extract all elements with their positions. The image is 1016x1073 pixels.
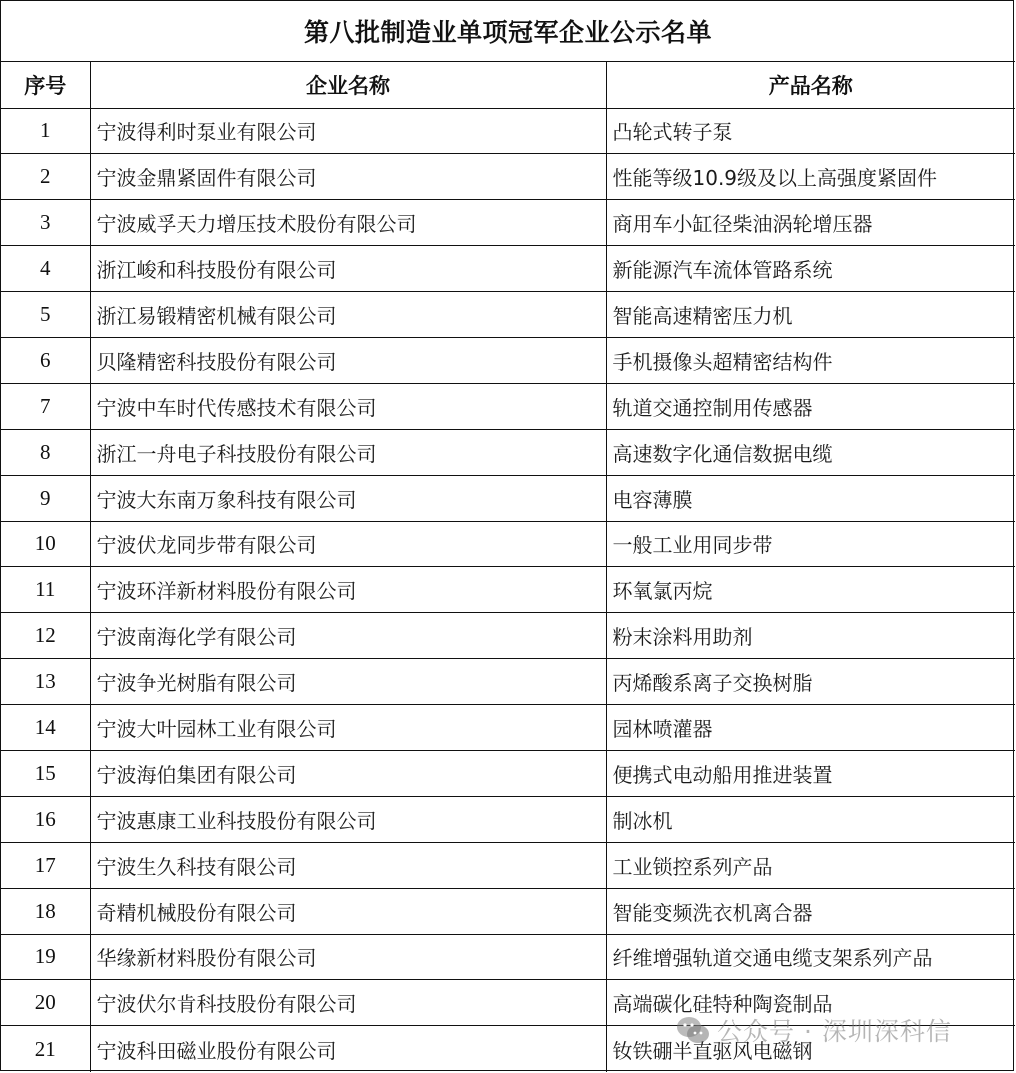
winners-list-table-container: 第八批制造业单项冠军企业公示名单 序号 企业名称 产品名称 1宁波得利时泵业有限… [0,0,1014,1071]
table-row: 1宁波得利时泵业有限公司凸轮式转子泵 [1,108,1015,154]
cell-company: 宁波中车时代传感技术有限公司 [90,383,606,429]
cell-no: 19 [1,934,90,980]
table-row: 9宁波大东南万象科技有限公司电容薄膜 [1,475,1015,521]
cell-product: 商用车小缸径柴油涡轮增压器 [606,200,1015,246]
table-row: 17宁波生久科技有限公司工业锁控系列产品 [1,842,1015,888]
cell-no: 5 [1,292,90,338]
table-row: 16宁波惠康工业科技股份有限公司制冰机 [1,796,1015,842]
cell-no: 3 [1,200,90,246]
cell-company: 宁波环洋新材料股份有限公司 [90,567,606,613]
cell-product: 制冰机 [606,796,1015,842]
cell-product: 园林喷灌器 [606,705,1015,751]
cell-product: 轨道交通控制用传感器 [606,383,1015,429]
cell-no: 2 [1,154,90,200]
cell-product: 便携式电动船用推进装置 [606,750,1015,796]
cell-no: 6 [1,337,90,383]
cell-no: 8 [1,429,90,475]
cell-no: 13 [1,659,90,705]
cell-company: 贝隆精密科技股份有限公司 [90,337,606,383]
cell-company: 宁波争光树脂有限公司 [90,659,606,705]
cell-no: 10 [1,521,90,567]
table-row: 6贝隆精密科技股份有限公司手机摄像头超精密结构件 [1,337,1015,383]
table-row: 8浙江一舟电子科技股份有限公司高速数字化通信数据电缆 [1,429,1015,475]
table-title: 第八批制造业单项冠军企业公示名单 [1,1,1015,61]
cell-company: 宁波生久科技有限公司 [90,842,606,888]
cell-no: 17 [1,842,90,888]
table-row: 20宁波伏尔肯科技股份有限公司高端碳化硅特种陶瓷制品 [1,980,1015,1026]
table-row: 10宁波伏龙同步带有限公司一般工业用同步带 [1,521,1015,567]
cell-no: 1 [1,108,90,154]
cell-product: 凸轮式转子泵 [606,108,1015,154]
cell-no: 18 [1,888,90,934]
cell-company: 宁波伏龙同步带有限公司 [90,521,606,567]
cell-product: 工业锁控系列产品 [606,842,1015,888]
cell-product: 粉末涂料用助剂 [606,613,1015,659]
cell-no: 11 [1,567,90,613]
cell-company: 宁波得利时泵业有限公司 [90,108,606,154]
cell-product: 丙烯酸系离子交换树脂 [606,659,1015,705]
table-row: 3宁波威孚天力增压技术股份有限公司商用车小缸径柴油涡轮增压器 [1,200,1015,246]
column-header-product: 产品名称 [606,61,1015,108]
table-row: 12宁波南海化学有限公司粉末涂料用助剂 [1,613,1015,659]
table-row: 19华缘新材料股份有限公司纤维增强轨道交通电缆支架系列产品 [1,934,1015,980]
cell-company: 宁波威孚天力增压技术股份有限公司 [90,200,606,246]
cell-product: 手机摄像头超精密结构件 [606,337,1015,383]
cell-no: 21 [1,1026,90,1072]
table-row: 21宁波科田磁业股份有限公司钕铁硼半直驱风电磁钢 [1,1026,1015,1072]
cell-product: 一般工业用同步带 [606,521,1015,567]
cell-company: 浙江一舟电子科技股份有限公司 [90,429,606,475]
table-row: 18奇精机械股份有限公司智能变频洗衣机离合器 [1,888,1015,934]
cell-no: 15 [1,750,90,796]
cell-company: 宁波海伯集团有限公司 [90,750,606,796]
table-row: 7宁波中车时代传感技术有限公司轨道交通控制用传感器 [1,383,1015,429]
cell-product: 智能变频洗衣机离合器 [606,888,1015,934]
cell-company: 宁波惠康工业科技股份有限公司 [90,796,606,842]
cell-no: 16 [1,796,90,842]
cell-company: 宁波科田磁业股份有限公司 [90,1026,606,1072]
table-row: 4浙江峻和科技股份有限公司新能源汽车流体管路系统 [1,246,1015,292]
cell-company: 宁波大东南万象科技有限公司 [90,475,606,521]
cell-no: 14 [1,705,90,751]
column-header-company: 企业名称 [90,61,606,108]
winners-list-table: 第八批制造业单项冠军企业公示名单 序号 企业名称 产品名称 1宁波得利时泵业有限… [1,1,1015,1072]
cell-product: 高速数字化通信数据电缆 [606,429,1015,475]
cell-product: 纤维增强轨道交通电缆支架系列产品 [606,934,1015,980]
cell-company: 宁波南海化学有限公司 [90,613,606,659]
column-header-no: 序号 [1,61,90,108]
cell-no: 7 [1,383,90,429]
cell-product: 钕铁硼半直驱风电磁钢 [606,1026,1015,1072]
table-row: 13宁波争光树脂有限公司丙烯酸系离子交换树脂 [1,659,1015,705]
cell-product: 高端碳化硅特种陶瓷制品 [606,980,1015,1026]
cell-product: 环氧氯丙烷 [606,567,1015,613]
cell-company: 宁波大叶园林工业有限公司 [90,705,606,751]
cell-company: 奇精机械股份有限公司 [90,888,606,934]
cell-company: 宁波金鼎紧固件有限公司 [90,154,606,200]
cell-no: 4 [1,246,90,292]
cell-company: 宁波伏尔肯科技股份有限公司 [90,980,606,1026]
cell-no: 20 [1,980,90,1026]
cell-no: 12 [1,613,90,659]
cell-company: 浙江峻和科技股份有限公司 [90,246,606,292]
table-row: 2宁波金鼎紧固件有限公司性能等级10.9级及以上高强度紧固件 [1,154,1015,200]
cell-product: 新能源汽车流体管路系统 [606,246,1015,292]
cell-no: 9 [1,475,90,521]
cell-company: 华缘新材料股份有限公司 [90,934,606,980]
table-row: 14宁波大叶园林工业有限公司园林喷灌器 [1,705,1015,751]
table-body: 1宁波得利时泵业有限公司凸轮式转子泵2宁波金鼎紧固件有限公司性能等级10.9级及… [1,108,1015,1072]
table-row: 5浙江易锻精密机械有限公司智能高速精密压力机 [1,292,1015,338]
cell-product: 性能等级10.9级及以上高强度紧固件 [606,154,1015,200]
table-row: 11宁波环洋新材料股份有限公司环氧氯丙烷 [1,567,1015,613]
cell-company: 浙江易锻精密机械有限公司 [90,292,606,338]
cell-product: 电容薄膜 [606,475,1015,521]
table-row: 15宁波海伯集团有限公司便携式电动船用推进装置 [1,750,1015,796]
cell-product: 智能高速精密压力机 [606,292,1015,338]
